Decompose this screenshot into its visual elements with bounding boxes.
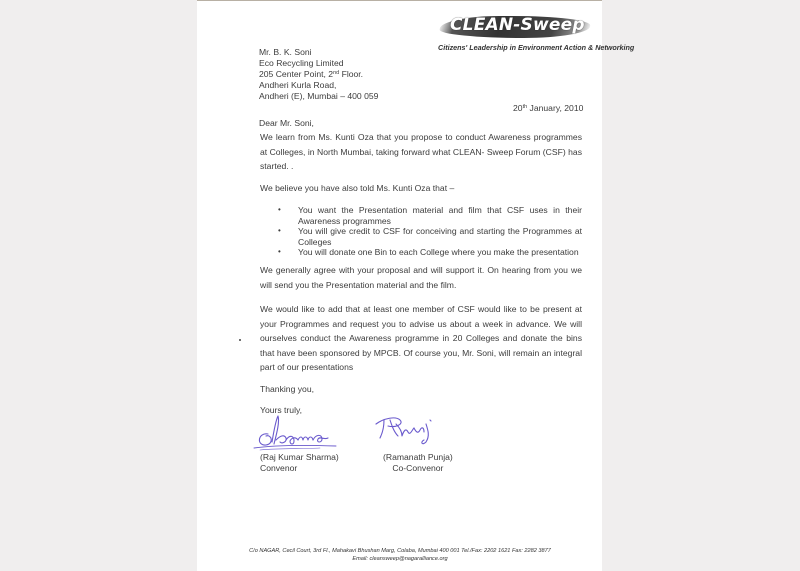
- signature-punja: [370, 414, 440, 448]
- closing-thanks: Thanking you,: [260, 384, 314, 395]
- footer-address: C/o NAGAR, Cecil Court, 3rd Fl., Mahakav…: [200, 547, 600, 563]
- paragraph-2: We believe you have also told Ms. Kunti …: [260, 181, 582, 196]
- signatory-2-name: (Ramanath Punja): [383, 452, 453, 463]
- bullet-item: You will donate one Bin to each College …: [260, 247, 582, 258]
- bullet-item: You want the Presentation material and f…: [260, 205, 582, 226]
- letter-body: We learn from Ms. Kunti Oza that you pro…: [260, 0, 582, 571]
- signatory-1: (Raj Kumar Sharma) Convenor: [260, 452, 339, 474]
- signatory-1-name: (Raj Kumar Sharma): [260, 452, 339, 463]
- footer-line-2: Email: cleansweep@nagaralliance.org: [200, 555, 600, 563]
- bullet-item: You will give credit to CSF for conceivi…: [260, 226, 582, 247]
- footer-line-1: C/o NAGAR, Cecil Court, 3rd Fl., Mahakav…: [200, 547, 600, 555]
- signature-sharma: [250, 412, 340, 452]
- signatory-2: (Ramanath Punja) Co-Convenor: [383, 452, 453, 474]
- bullet-list: You want the Presentation material and f…: [260, 205, 582, 258]
- paragraph-1: We learn from Ms. Kunti Oza that you pro…: [260, 130, 582, 174]
- signatory-1-title: Convenor: [260, 463, 339, 474]
- paragraph-3: We generally agree with your proposal an…: [260, 263, 582, 292]
- paragraph-4: We would like to add that at least one m…: [260, 302, 582, 375]
- stray-mark: [239, 339, 241, 341]
- signatory-2-title: Co-Convenor: [383, 463, 453, 474]
